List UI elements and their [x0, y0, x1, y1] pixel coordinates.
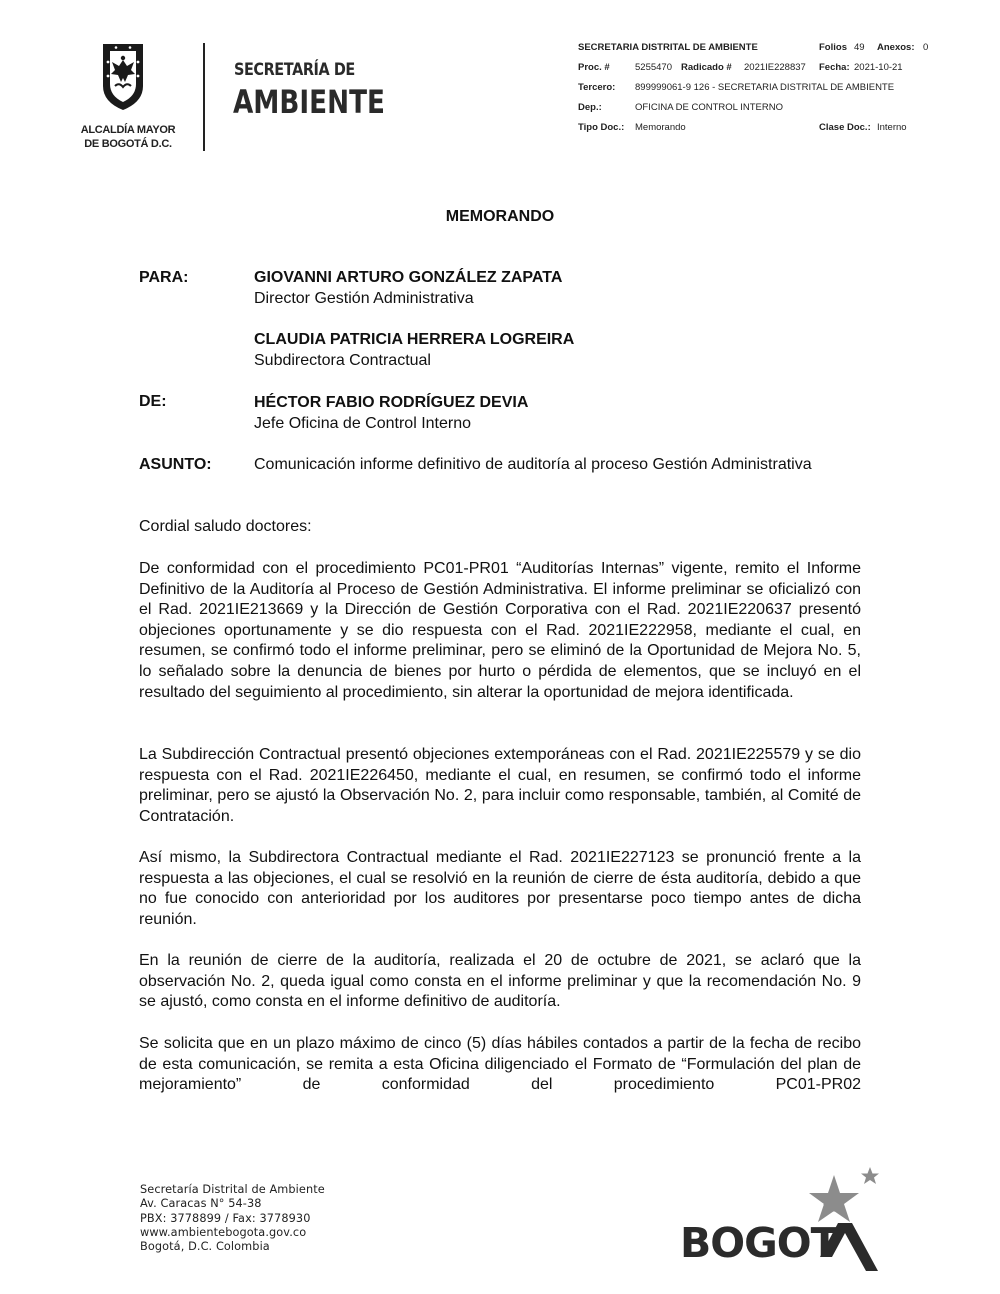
recipient-1-name: GIOVANNI ARTURO GONZÁLEZ ZAPATA — [254, 268, 562, 289]
stamp-fecha-label: Fecha: — [819, 62, 850, 73]
stamp-dep-value: OFICINA DE CONTROL INTERNO — [635, 102, 783, 113]
stamp-dep-label: Dep.: — [578, 102, 602, 113]
footer-address-line-2: Av. Caracas N° 54-38 — [140, 1197, 325, 1211]
sender: HÉCTOR FABIO RODRÍGUEZ DEVIA Jefe Oficin… — [254, 393, 528, 434]
footer-address-line-3: PBX: 3778899 / Fax: 3778930 — [140, 1212, 325, 1226]
memo-title: MEMORANDO — [0, 208, 1000, 226]
stars-icon — [809, 1167, 879, 1222]
footer-address-line-1: Secretaría Distrital de Ambiente — [140, 1183, 325, 1197]
sender-role: Jefe Oficina de Control Interno — [254, 414, 528, 435]
body-paragraph-4: En la reunión de cierre de la auditoría,… — [139, 951, 861, 1013]
stamp-anexos-label: Anexos: — [877, 42, 914, 53]
secretaria-logo-line-1: SECRETARÍA DE — [234, 60, 355, 80]
alcaldia-line-1: ALCALDÍA MAYOR — [80, 123, 176, 137]
stamp-tipo-value: Memorando — [635, 122, 686, 133]
stamp-tercero-value: 899999061-9 126 - SECRETARIA DISTRITAL D… — [635, 82, 894, 93]
logo-divider — [203, 43, 205, 151]
para-label: PARA: — [139, 269, 188, 287]
stamp-proc-value: 5255470 — [635, 62, 672, 73]
stamp-anexos-value: 0 — [923, 42, 928, 53]
body-paragraph-1: De conformidad con el procedimiento PC01… — [139, 559, 861, 703]
bogota-brand-text: BOGOT — [680, 1219, 839, 1267]
stamp-tercero-label: Tercero: — [578, 82, 615, 93]
greeting: Cordial saludo doctores: — [139, 517, 861, 538]
stamp-entity: SECRETARIA DISTRITAL DE AMBIENTE — [578, 42, 758, 53]
recipient-1-role: Director Gestión Administrativa — [254, 289, 562, 310]
recipient-2-name: CLAUDIA PATRICIA HERRERA LOGREIRA — [254, 330, 574, 351]
footer-address-line-5: Bogotá, D.C. Colombia — [140, 1240, 325, 1254]
body-paragraph-5: Se solicita que en un plazo máximo de ci… — [139, 1034, 861, 1096]
stamp-clase-value: Interno — [877, 122, 907, 133]
alcaldia-line-2: DE BOGOTÁ D.C. — [80, 137, 176, 151]
stamp-radicado-value: 2021IE228837 — [744, 62, 806, 73]
sender-name: HÉCTOR FABIO RODRÍGUEZ DEVIA — [254, 393, 528, 414]
recipient-2: CLAUDIA PATRICIA HERRERA LOGREIRA Subdir… — [254, 330, 574, 371]
stamp-clase-label: Clase Doc.: — [819, 122, 871, 133]
footer-address-line-4: www.ambientebogota.gov.co — [140, 1226, 325, 1240]
footer-address: Secretaría Distrital de Ambiente Av. Car… — [140, 1183, 325, 1254]
secretaria-logo-line-2: AMBIENTE — [233, 83, 385, 121]
stamp-proc-label: Proc. # — [578, 62, 610, 73]
stamp-radicado-label: Radicado # — [681, 62, 732, 73]
stamp-fecha-value: 2021-10-21 — [854, 62, 903, 73]
recipient-2-role: Subdirectora Contractual — [254, 351, 574, 372]
de-label: DE: — [139, 393, 167, 411]
stamp-folios-label: Folios — [819, 42, 847, 53]
asunto-text: Comunicación informe definitivo de audit… — [254, 455, 861, 476]
bogota-coat-of-arms-icon — [100, 42, 146, 112]
bogota-brand-logo: BOGOT — [680, 1165, 885, 1275]
asunto-label: ASUNTO: — [139, 456, 212, 474]
alcaldia-logo-text: ALCALDÍA MAYOR DE BOGOTÁ D.C. — [80, 123, 176, 151]
body-paragraph-2: La Subdirección Contractual presentó obj… — [139, 745, 861, 827]
stamp-folios-value: 49 — [854, 42, 865, 53]
body-paragraph-3: Así mismo, la Subdirectora Contractual m… — [139, 848, 861, 930]
stamp-tipo-label: Tipo Doc.: — [578, 122, 624, 133]
recipient-1: GIOVANNI ARTURO GONZÁLEZ ZAPATA Director… — [254, 268, 562, 309]
